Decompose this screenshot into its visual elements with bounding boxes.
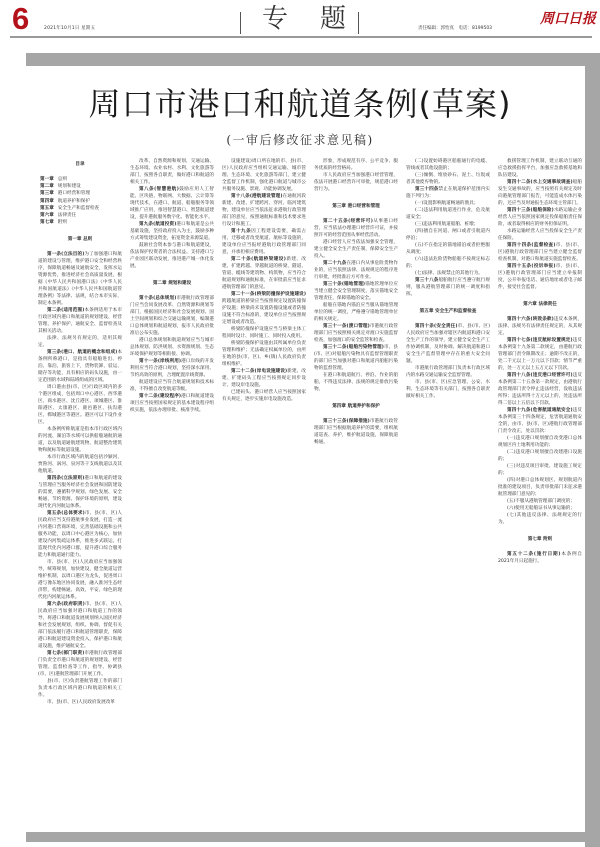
article-clause-text: 在港口和航道航行、停泊、作业的船舶，不得违反法律、法规的规定排放污染物。	[314, 373, 398, 392]
article-paragraph: 设施建设)周口所在地的市、县(市、区)人民政府应当组织交通运输、城市管理、生态环…	[222, 158, 306, 193]
article-clause-text: 救援管理工作机制，建立联动互通的应急救援指挥平台，加强应急救援基地和队伍建设。	[498, 159, 582, 178]
toc-chapter-name: 附则	[58, 219, 67, 226]
article-paragraph: 已建码头、港口经营人应当按照国家有关规定，逐步实施岸电设施改造。	[222, 389, 306, 403]
article-paragraph: 第十八条(港航建设管理)在通航河段新建、改建、扩建跨河、穿河、临河建筑物，建设单…	[222, 193, 306, 228]
article-paragraph: (三)倾倒、堆放砂石、泥土、垃圾或者其他废弃物的。	[406, 172, 490, 186]
article-clause-label: 第一条(立法目的)	[47, 252, 84, 257]
article-clause-text: (一)设置影响航道畅通的渔具；	[415, 201, 478, 206]
article-paragraph: 改革、自然资源和规划、交通运输、生态环境、农业农村、水利、文化旅游等部门，按照各…	[130, 158, 214, 186]
article-clause-text: 港口经营人应当依法加强安全管理，建立健全安全生产责任制，保障安全生产投入。	[314, 240, 398, 259]
article-clause-label: 第五条(总体要求)	[47, 511, 85, 516]
article-paragraph: 市人民政府应当加强港口经营管理，依法开展港口经营许可审批，规范港口经营行为。	[314, 172, 398, 193]
article-clause-text: 市、县(市、区)应急管理、公安、水利、生态环境等有关部门，按照各自职责做好相关工…	[406, 380, 490, 399]
article-paragraph: 第四十七条(违反航标设置规定)违反本条例第十九条第二款规定，由港航行政管理部门责…	[498, 337, 582, 372]
toc-chapter-name: 总则	[58, 176, 67, 183]
article-paragraph: 第三十条(锚地管理)锚地管理单位应当建立健全安全管理制度，落实锚地安全管理责任，…	[314, 281, 398, 302]
article-clause-text: 本市行政区域内的航道包括沙颍河、贾鲁河、涡河、泉河等干支线航道以及其他航道。	[38, 455, 122, 474]
article-clause-label: 第十二条(建设程序)	[139, 394, 181, 399]
column-1: 目录 第一章总则第二章规划和建设第三章港口经营和管理第四章航道养护和保护第五章安…	[38, 158, 122, 828]
article-clause-text: 本条例所称航道是指本市行政区域内的河流、湖泊等水域可以供船舶通航的通道，以及航道…	[38, 427, 122, 453]
toc-item: 第六章法律责任	[38, 212, 122, 219]
article-clause-text: 市、县(市、区)人民政府发展改革	[47, 700, 115, 705]
article-paragraph: 第二十条(航道桥梁建设)新建、改建、扩建跨越、穿越航道的桥梁、隧道、管道、缆线等…	[222, 256, 306, 291]
article-paragraph: 港口经营人应当依法加强安全管理，建立健全安全生产责任制，保障安全生产投入。	[314, 239, 398, 260]
article-clause-text: 市港航行政管理部门应当会同发展改革、自然资源和规划等部门，根据国民经济和社会发展…	[130, 296, 214, 336]
toc-chapter-name: 法律责任	[58, 212, 76, 219]
article-paragraph: 第四十九条(危害航道通航安全)违反本条例第三十四条规定，危害航道通航安全的，由市…	[498, 407, 582, 435]
article-clause-text: (七)其他违反法律、法规规定的行为。	[498, 513, 582, 525]
article-clause-text: (一)违反港口规划擅自改变港口总体规划区内土地利用功能的；	[498, 436, 582, 448]
toc-chapter-number: 第五章	[40, 205, 54, 212]
article-paragraph: (五)不服从港航管理部门调度的；	[498, 498, 582, 505]
article-paragraph: 市、县(市、区)应急管理、公安、水利、生态环境等有关部门，按照各自职责做好相关工…	[406, 379, 490, 400]
article-clause-text: 航道建设应当符合航道规划和技术标准，不得擅自改变航道等级。	[130, 380, 214, 392]
article-clause-label: 第四十七条(违反航标设置规定)	[507, 338, 573, 343]
toc-chapter-number: 第六章	[40, 212, 54, 219]
article-clause-label: 第八条(智慧港航)	[139, 187, 179, 192]
article-paragraph: 第二十五条(经营许可)从事港口经营，应当依法办理港口经营许可证，并按照许可的经营…	[314, 218, 398, 239]
article-clause-label: 第四十五条(投诉举报)	[507, 264, 555, 269]
article-clause-label: 第四十二条(水上交通事故调查)	[507, 180, 573, 185]
article-clause-text: 市、县(市、区)人民政府应当加强对辖区内航道和港口安全生产工作的领导，建立健全安…	[406, 324, 490, 364]
article-paragraph: 第七条(部门职责)市港航行政管理部门负责全市港口和航道的规划建设、经营管理、监督…	[38, 650, 122, 678]
article-clause-text: (三)倾倒、堆放砂石、泥土、垃圾或者其他废弃物的。	[406, 173, 490, 185]
article-clause-text: (四)擅自在河道、闸口或者引航道内停泊；	[406, 229, 490, 241]
frame-border-top	[26, 53, 600, 66]
toc-chapter-name: 规划和建设	[58, 183, 81, 190]
article-clause-label: 第七条(部门职责)	[47, 651, 84, 656]
article-paragraph: 第九条(航道投资)港口和航道是公共基础设施，坚持政府投入为主，鼓励多种方式筹集建…	[130, 221, 214, 242]
paper-logo: 周口日报	[540, 8, 596, 28]
toc-item: 第二章规划和建设	[38, 183, 122, 190]
article-clause-label: 第四十九条(危害航道通航安全)	[507, 408, 573, 413]
chapter-heading: 第四章 航道养护和保护	[314, 403, 398, 410]
article-clause-label: 第三十一条(渡口管理)	[323, 324, 370, 329]
chapter-heading: 第三章 港口经营和管理	[314, 203, 398, 210]
article-clause-text: 周口港由县(市、区)行政区域内的多个港区组成，包括周口中心港区、西华港区、商水港…	[38, 385, 122, 425]
article-paragraph: 市港航行政管理部门负责本行政区域内的水路交通运输安全监督管理。	[406, 365, 490, 379]
article-paragraph: 水路运输经营人应当投保安全生产责任保险。	[498, 228, 582, 242]
article-clause-text: 船舶在锚地内锚泊应当服从锚地管理单位的统一调度，严格遵守锚地管理单位的相关规定。	[314, 303, 398, 322]
article-paragraph: 第十条(总体规划)市港航行政管理部门应当会同发展改革、自然资源和规划等部门，根据…	[130, 295, 214, 337]
section-name: 专题	[262, 2, 378, 36]
article-clause-text: (三)对违反项目审批、建设施工规定的；	[498, 464, 582, 476]
toc-title: 目录	[38, 161, 122, 168]
toc-item: 第三章港口经营和管理	[38, 190, 122, 197]
article-paragraph: 鼓励社会资本参与港口和航道建设，依法保护投资者的合法权益。支持港口与产业园区联动…	[130, 242, 214, 270]
article-clause-label: 第三十条(锚地管理)	[323, 282, 365, 287]
article-paragraph: (四)对港口总体规划区、规划航道内批准的建设项目，负责审批部门未征求港航管理部门…	[498, 477, 582, 498]
article-paragraph: 市、县(市、区)人民政府发展改革	[38, 699, 122, 706]
article-clause-text: 形象，形成规范有序、公平竞争、服务优质的经营格局。	[314, 159, 398, 171]
article-paragraph: 第八条(智慧港航)鼓励应用人工智能、区块链、物联网、大数据、云计算等现代技术，在…	[130, 186, 214, 221]
column-4: 形象，形成规范有序、公平竞争、服务优质的经营格局。市人民政府应当加强港口经营管理…	[314, 158, 398, 828]
article-clause-text: (二)违法利用航道进行作业，危及航道安全；	[406, 208, 490, 220]
article-paragraph: (四)擅自在河道、闸口或者引航道内停泊；	[406, 228, 490, 242]
article-paragraph: 第十二条(建设程序)港口和航道建设项目应当按照国家规定的基本建设程序组织实施，依…	[130, 393, 214, 414]
article-paragraph: (一)设置影响航道畅通的渔具；	[406, 200, 490, 207]
article-paragraph: (六)使用无船舶证书从事运输的；	[498, 505, 582, 512]
toc-chapter-name: 港口经营和管理	[58, 190, 90, 197]
article-clause-label: 第九条(航道投资)	[139, 222, 176, 227]
article-clause-label: 第三条(港口、航道的概念和组成)	[47, 350, 117, 355]
article-paragraph: 第三十二条(船舶污染物管理)市、县(市、区)对船舶污染物具有监督管理职责的部门应…	[314, 344, 398, 372]
article-paragraph: 第一条(立法目的)为了加强港口和航道的建设与管理，维护港口安全和经营秩序，保障航…	[38, 251, 122, 307]
article-paragraph: 第三十三条(保障措施)市港航行政管理部门应当根据航道养护的需要，组织航道巡查、养…	[314, 418, 398, 446]
page-number: 6	[12, 2, 29, 36]
article-clause-label: 第四十三条(船舶保险)	[507, 208, 554, 213]
article-clause-label: 第二十五条(经营许可)	[323, 219, 373, 224]
article-clause-label: 第二条(适用范围)	[47, 308, 84, 313]
toc-chapter-name: 安全生产和监督检查	[58, 205, 99, 212]
article-clause-label: 第三十三条(保障措施)	[323, 419, 370, 424]
article-clause-text: 水路运输经营人应当投保安全生产责任保险。	[498, 229, 582, 241]
article-paragraph: 法律、法规另有规定的，适用其规定。	[38, 335, 122, 349]
chapter-heading: 第六章 法律责任	[498, 301, 582, 308]
article-clause-text: (七)法律、法规禁止的其他行为。	[415, 271, 483, 276]
article-paragraph: 第四十六条(转致条款)违反本条例，法律、法规另有法律责任规定的，从其规定。	[498, 316, 582, 337]
article-clause-label: 第四十四条(监督检查)	[507, 243, 555, 248]
article-clause-text: 为了加强港口和航道的建设与管理，维护港口安全和经营秩序，保障航道畅通及通航安全，…	[38, 252, 122, 306]
toc-item: 第七章附则	[38, 219, 122, 226]
article-clause-label: 第二十条(航道桥梁建设)	[231, 257, 286, 262]
article-paragraph: 船舶在锚地内锚泊应当服从锚地管理单位的统一调度，严格遵守锚地管理单位的相关规定。	[314, 302, 398, 323]
article-paragraph: 第二十二条(岸电设施建设)新建、改建、扩建码头工程应当按照规定同步设计、建设岸电…	[222, 368, 306, 389]
article-paragraph: (五)不在指定的锚地锚泊或者拒绝服从调度；	[406, 242, 490, 256]
article-clause-text: (二)违反港口规划擅自改建港口设施的；	[498, 450, 582, 462]
chapter-heading: 第五章 安全生产和监督检查	[406, 308, 490, 315]
chapter-heading: 第七章 附则	[498, 536, 582, 543]
article-clause-text: 市、县(市、区)人民政府应当支持港航事业发展，打造一流内河港口营商环境，完善基础…	[38, 511, 122, 558]
article-clause-text: 市、县(市、区)人民政府应当加强对港口和航道工作的领导，将港口和航道发展规划纳入…	[38, 602, 122, 649]
article-clause-label: 第十八条(港航建设管理)	[231, 194, 282, 199]
article-paragraph: 第四十八条(违反港口经营许可)违反本条例第二十五条第一款规定，由港航行政管理部门…	[498, 372, 582, 407]
article-paragraph: 航道建设应当符合航道规划和技术标准，不得擅自改变航道等级。	[130, 379, 214, 393]
article-paragraph: 周口港由县(市、区)行政区域内的多个港区组成，包括周口中心港区、西华港区、商水港…	[38, 384, 122, 426]
article-clause-label: 第四条(立法原则)	[47, 476, 84, 481]
article-paragraph: (七)其他违反法律、法规规定的行为。	[498, 512, 582, 526]
article-paragraph: 第四十二条(水上交通事故调查)船舶发生交通事故的，应当按照有关规定及时向港航管理…	[498, 179, 582, 207]
article-paragraph: 第二十九条在港口内从事危险货物作业的，应当依照法律、法规规定的程序进行审批，经批…	[314, 260, 398, 281]
article-subtitle: (一审后修改征求意见稿)	[0, 131, 600, 148]
article-clause-text: (六)使用无船舶证书从事运输的；	[507, 506, 575, 511]
article-clause-text: (六)违法危险货物船舶不按规定标志的；	[406, 257, 490, 269]
editor-info: 责任编辑：郭怡真 电话：8199503	[418, 25, 492, 31]
column-6: 救援管理工作机制，建立联动互通的应急救援指挥平台，加强应急救援基地和队伍建设。第…	[498, 158, 582, 828]
toc-chapter-number: 第三章	[40, 190, 54, 197]
article-clause-label: 第十一条(岸线利用)	[139, 359, 181, 364]
article-paragraph: 第五条(总体要求)市、县(市、区)人民政府应当支持港航事业发展，打造一流内河港口…	[38, 510, 122, 559]
toc-chapter-name: 航道养护和保护	[58, 198, 90, 205]
article-paragraph: 在港口和航道航行、停泊、作业的船舶，不得违反法律、法规的规定排放污染物。	[314, 372, 398, 393]
article-clause-text: 市港航行政管理部门负责本行政区域内的水路交通运输安全监督管理。	[406, 366, 490, 378]
article-clause-label: 第二十一条(桥梁防撞保护设施建设)	[231, 292, 306, 297]
article-clause-text: 鼓励社会资本参与港口和航道建设，依法保护投资者的合法权益。支持港口与产业园区联动…	[130, 243, 214, 269]
article-clause-label: 第四十八条(违反港口经营许可)	[507, 373, 573, 378]
article-paragraph: 本市行政区域内的航道包括沙颍河、贾鲁河、涡河、泉河等干支线航道以及其他航道。	[38, 454, 122, 475]
article-clause-text: 市人民政府应当加强港口经营管理，依法开展港口经营许可审批，规范港口经营行为。	[314, 173, 398, 192]
article-paragraph: 第六条(政府职责)市、县(市、区)人民政府应当加强对港口和航道工作的领导，将港口…	[38, 601, 122, 650]
article-clause-text: (三)违法利用航道船舶、桩墩；	[415, 222, 478, 227]
article-clause-text: 改革、自然资源和规划、交通运输、生态环境、农业农村、水利、文化旅游等部门，按照各…	[130, 159, 214, 185]
article-paragraph: 第四条(立法原则)港口和航道的建设与管理应当服务经济社会发展和国防建设的需要，遵…	[38, 475, 122, 510]
article-paragraph: (七)法律、法规禁止的其他行为。	[406, 270, 490, 277]
article-paragraph: (三)对违反项目审批、建设施工规定的；	[498, 463, 582, 477]
table-of-contents: 第一章总则第二章规划和建设第三章港口经营和管理第四章航道养护和保护第五章安全生产…	[38, 176, 122, 226]
article-paragraph: 第十九条因工程建设需要，确需占用、迁移或者改变航道、航标等设施的，建设单位应当报…	[222, 228, 306, 256]
masthead-rule	[10, 36, 592, 38]
toc-chapter-number: 第一章	[40, 176, 54, 183]
article-clause-text: 桥梁防撞保护设施应当与桥梁主体工程同时设计、同时施工、同时投入使用。	[222, 327, 306, 339]
article-paragraph: 第四十条(安全责任)市、县(市、区)人民政府应当加强对辖区内航道和港口安全生产工…	[406, 323, 490, 365]
article-clause-label: 第三十四条	[415, 187, 438, 192]
article-clause-label: 第五十二条(施行日期)	[507, 552, 560, 557]
toc-chapter-number: 第二章	[40, 183, 54, 190]
article-clause-label: 第二十二条(岸电设施建设)	[231, 369, 287, 374]
article-paragraph: 第四十四条(监督检查)市、县(市、区)港航行政管理部门应当建立健全监督检查机制，…	[498, 242, 582, 263]
article-paragraph: 形象，形成规范有序、公平竞争、服务优质的经营格局。	[314, 158, 398, 172]
article-paragraph: 救援管理工作机制，建立联动互通的应急救援指挥平台，加强应急救援基地和队伍建设。	[498, 158, 582, 179]
article-paragraph: 第十一条(岸线利用)港口岸线的开发利用应当符合港口规划，坚持深水深用、节约高效的…	[130, 358, 214, 379]
header-divider	[240, 12, 241, 34]
article-clause-text: 设施建设)周口所在地的市、县(市、区)人民政府应当组织交通运输、城市管理、生态环…	[222, 159, 306, 192]
newspaper-masthead: 6 2021年10月1日 星期五 专题 责任编辑：郭怡真 电话：8199503 …	[0, 0, 600, 38]
article-paragraph: (一)违反港口规划擅自改变港口总体规划区内土地利用功能的；	[498, 435, 582, 449]
issue-date: 2021年10月1日 星期五	[44, 25, 95, 31]
article-clause-text: 港口总体规划和航道规划应当与城市总体规划、防洪规划、水资源规划、生态环境保护规划…	[130, 338, 214, 357]
article-paragraph: 第三十八条船舶航行应当遵守航行规则，服从港航管理部门的统一调度和指挥。	[406, 277, 490, 298]
article-clause-text: (四)对港口总体规划区、规划航道内批准的建设项目，负责审批部门未征求港航管理部门…	[498, 478, 582, 497]
article-paragraph: 第四十三条(船舶保险)水路运输企业经营人应当依照国家规定投保船舶责任保险，或者取…	[498, 207, 582, 228]
article-clause-label: 第二十九条	[323, 261, 346, 266]
article-paragraph: 市、县(市、区)人民政府应当加强领导，统筹规划，加快建设，健全航道运营维护机制，…	[38, 559, 122, 601]
frame-border-bottom	[26, 832, 600, 842]
article-paragraph: (二)违法利用航道进行作业，危及航道安全；	[406, 207, 490, 221]
toc-chapter-number: 第四章	[40, 198, 54, 205]
header-divider	[358, 12, 359, 34]
toc-item: 第四章航道养护和保护	[38, 198, 122, 205]
article-body: 目录 第一章总则第二章规划和建设第三章港口经营和管理第四章航道养护和保护第五章安…	[38, 158, 582, 828]
article-clause-text: (五)不在指定的锚地锚泊或者拒绝服从调度；	[406, 243, 490, 255]
article-clause-label: 第六条(政府职责)	[47, 602, 85, 607]
article-clause-text: 法律、法规另有规定的，适用其规定。	[38, 336, 122, 348]
article-clause-label: 第四十六条(转致条款)	[507, 317, 554, 322]
article-paragraph: 第五十二条(施行日期)本条例自2021年月日起施行。	[498, 551, 582, 565]
article-paragraph: 港口总体规划和航道规划应当与城市总体规划、防洪规划、水资源规划、生态环境保护规划…	[130, 337, 214, 358]
article-paragraph: 第二十一条(桥梁防撞保护设施建设)跨越航道的桥梁应当按照规定设置防撞保护设施；桥…	[222, 291, 306, 326]
article-clause-label: 第十九条	[231, 229, 251, 234]
article-clause-text: 跨越航道的桥梁应当按照规定设置防撞保护设施；桥梁尚未设置防撞设施或者防撞设施不符…	[222, 299, 306, 325]
chapter-heading: 第一章 总则	[38, 236, 122, 243]
article-paragraph: (二)违反港口规划擅自改建港口设施的；	[498, 449, 582, 463]
article-paragraph: (三)违法利用航道船舶、桩墩；	[406, 221, 490, 228]
article-title: 周口市港口和航道条例(草案)	[0, 84, 600, 124]
article-clause-text: 已建码头、港口经营人应当按照国家有关规定，逐步实施岸电设施改造。	[222, 390, 306, 402]
article-clause-label: 第十条(总体规划)	[139, 296, 176, 301]
article-paragraph: (二)设置妨碍港区船舶通行的电缆、管线或者其他设施的；	[406, 158, 490, 172]
article-paragraph: 桥梁防撞保护设施应当与桥梁主体工程同时设计、同时施工、同时投入使用。	[222, 326, 306, 340]
toc-item: 第一章总则	[38, 176, 122, 183]
article-paragraph: 县(市、区)负责港航管理工作的部门负责本行政区域内港口和航道的相关工作。	[38, 678, 122, 699]
article-paragraph: 本条例所称航道是指本市行政区域内的河流、湖泊等水域可以供船舶通航的通道，以及航道…	[38, 426, 122, 454]
toc-item: 第五章安全生产和监督检查	[38, 205, 122, 212]
article-paragraph: 第三十四条禁止在航道保护范围内实施下列行为：	[406, 186, 490, 200]
article-clause-text: 桥梁防撞保护设施由其所属单位负责管理和维护；无法确定权属单位的，由所在地的县(市…	[222, 341, 306, 367]
toc-chapter-number: 第七章	[40, 219, 54, 226]
article-clause-label: 第三十八条	[415, 278, 438, 283]
article-clause-label: 第三十二条(船舶污染物管理)	[323, 345, 384, 350]
article-clause-text: (二)设置妨碍港区船舶通行的电缆、管线或者其他设施的；	[406, 159, 490, 171]
article-clause-text: 市、县(市、区)人民政府应当加强领导，统筹规划，加快建设，健全航道运营维护机制，…	[38, 560, 122, 600]
chapter-heading: 第二章 规划和建设	[130, 280, 214, 287]
article-clause-text: (五)不服从港航管理部门调度的；	[507, 499, 575, 504]
article-paragraph: 第二条(适用范围)本条例适用于本市行政区域内港口和航道的规划建设、经营管理、养护…	[38, 307, 122, 335]
article-paragraph: 第三条(港口、航道的概念和组成)本条例所称港口，是指具有船舶进出、停泊、靠泊，旅…	[38, 349, 122, 384]
article-clause-text: 县(市、区)负责港航管理工作的部门负责本行政区域内港口和航道的相关工作。	[38, 679, 122, 698]
article-clause-label: 第四十条(安全责任)	[415, 324, 457, 329]
article-paragraph: (六)违法危险货物船舶不按规定标志的；	[406, 256, 490, 270]
article-paragraph: 桥梁防撞保护设施由其所属单位负责管理和维护；无法确定权属单位的，由所在地的县(市…	[222, 340, 306, 368]
article-paragraph: 第三十一条(渡口管理)市港航行政管理部门应当按照相关规定对渡口实施监督检查，加强…	[314, 323, 398, 344]
frame-border-right	[585, 53, 600, 847]
article-paragraph: 第四十五条(投诉举报)市、县(市、区)港航行政管理部门应当建立举报制度，公开举报…	[498, 263, 582, 291]
column-3: 设施建设)周口所在地的市、县(市、区)人民政府应当组织交通运输、城市管理、生态环…	[222, 158, 306, 828]
column-5: (二)设置妨碍港区船舶通行的电缆、管线或者其他设施的；(三)倾倒、堆放砂石、泥土…	[406, 158, 490, 828]
column-2: 改革、自然资源和规划、交通运输、生态环境、农业农村、水利、文化旅游等部门，按照各…	[130, 158, 214, 828]
